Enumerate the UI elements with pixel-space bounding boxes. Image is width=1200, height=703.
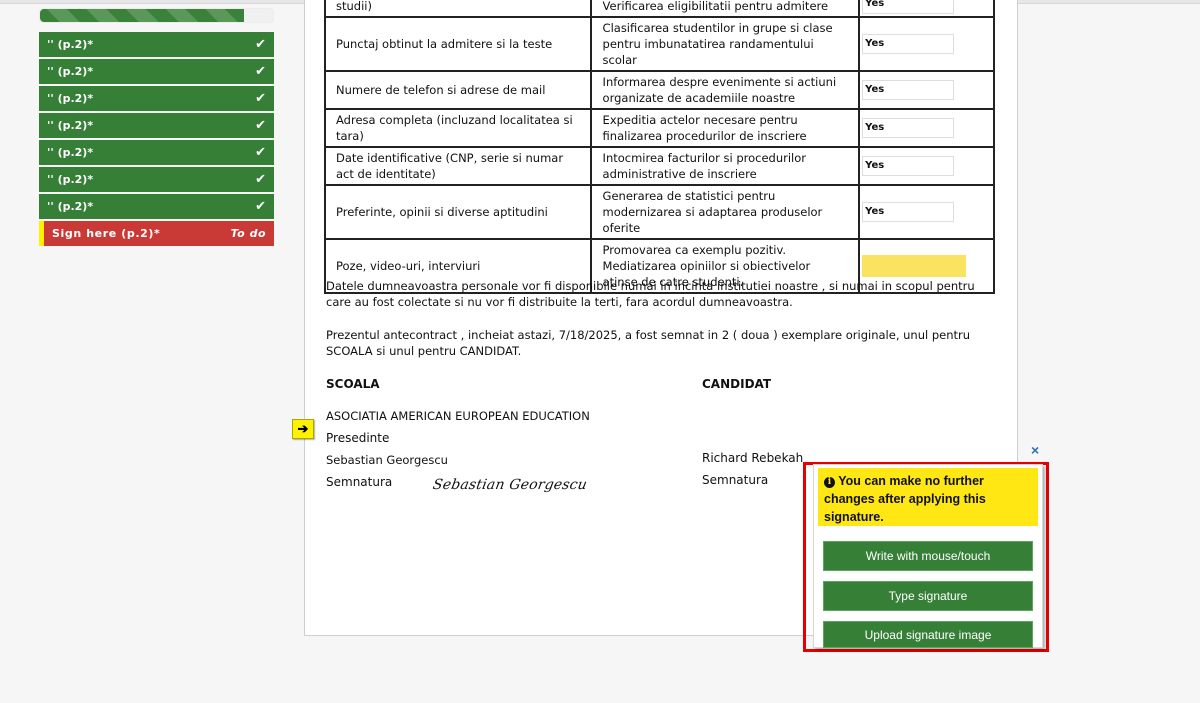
completion-progress-bar (39, 8, 274, 23)
info-icon: i (824, 477, 835, 488)
write-signature-button[interactable]: Write with mouse/touch (823, 541, 1033, 571)
data-category-cell: Date identificative (CNP, serie si numar… (325, 147, 591, 185)
sidebar-field-completed[interactable]: '' (p.2)*✔ (39, 140, 274, 165)
table-row: Adresa completa (incluzand localitatea s… (325, 109, 994, 147)
candidate-signature-label: Semnatura (702, 473, 768, 487)
school-organization: ASOCIATIA AMERICAN EUROPEAN EDUCATION (326, 409, 590, 423)
field-label: Sign here (p.2)* (52, 227, 160, 240)
sidebar-field-completed[interactable]: '' (p.2)*✔ (39, 32, 274, 57)
sidebar-field-sign-here[interactable]: Sign here (p.2)*To do (39, 221, 274, 246)
checkmark-icon: ✔ (255, 118, 266, 133)
school-signature-label: Semnatura (326, 475, 392, 489)
table-row: Numere de telefon si adrese de mailInfor… (325, 71, 994, 109)
signature-popup: i You can make no further changes after … (813, 464, 1043, 648)
data-availability-paragraph: Datele dumneavoastra personale vor fi di… (326, 278, 986, 310)
table-row: Punctaj obtinut la admitere si la testeC… (325, 17, 994, 71)
consent-field[interactable]: Yes (862, 0, 954, 14)
consent-field[interactable]: Yes (862, 34, 954, 54)
field-label: '' (p.2)* (47, 65, 93, 78)
sidebar-field-completed[interactable]: '' (p.2)*✔ (39, 167, 274, 192)
consent-table: educational (liceu, facultatea, anul de … (324, 0, 995, 294)
consent-cell: Yes (859, 17, 994, 71)
field-status-todo: To do (231, 227, 266, 240)
candidate-heading: CANDIDAT (702, 377, 771, 391)
purpose-cell: Generarea de statistici pentru moderniza… (591, 185, 860, 239)
contract-date-paragraph: Prezentul antecontract , incheiat astazi… (326, 327, 986, 359)
purpose-cell: Verificarea eligibilitatii pentru admite… (591, 0, 860, 17)
field-list: '' (p.2)*✔'' (p.2)*✔'' (p.2)*✔'' (p.2)*✔… (39, 32, 274, 248)
consent-field[interactable] (862, 255, 966, 277)
consent-field[interactable]: Yes (862, 202, 954, 222)
checkmark-icon: ✔ (255, 91, 266, 106)
field-label: '' (p.2)* (47, 146, 93, 159)
field-label: '' (p.2)* (47, 173, 93, 186)
field-label: '' (p.2)* (47, 119, 93, 132)
sidebar-field-completed[interactable]: '' (p.2)*✔ (39, 86, 274, 111)
sidebar-field-completed[interactable]: '' (p.2)*✔ (39, 59, 274, 84)
table-row: Date identificative (CNP, serie si numar… (325, 147, 994, 185)
checkmark-icon: ✔ (255, 37, 266, 52)
checkmark-icon: ✔ (255, 145, 266, 160)
consent-cell: Yes (859, 0, 994, 17)
school-heading: SCOALA (326, 377, 380, 391)
checkmark-icon: ✔ (255, 64, 266, 79)
progress-fill (40, 9, 244, 22)
data-category-cell: Numere de telefon si adrese de mail (325, 71, 591, 109)
signature-warning: i You can make no further changes after … (818, 468, 1038, 526)
candidate-name: Richard Rebekah (702, 451, 803, 465)
purpose-cell: Intocmirea facturilor si procedurilor ad… (591, 147, 860, 185)
purpose-cell: Informarea despre evenimente si actiuni … (591, 71, 860, 109)
consent-field[interactable]: Yes (862, 156, 954, 176)
consent-cell: Yes (859, 147, 994, 185)
current-field-arrow-icon[interactable]: ➔ (292, 419, 314, 439)
school-signature: Sebastian Georgescu (432, 477, 589, 493)
school-representative-name: Sebastian Georgescu (326, 453, 448, 467)
purpose-cell: Clasificarea studentilor in grupe si cla… (591, 17, 860, 71)
field-label: '' (p.2)* (47, 200, 93, 213)
table-row: Preferinte, opinii si diverse aptitudini… (325, 185, 994, 239)
consent-cell: Yes (859, 109, 994, 147)
school-role: Presedinte (326, 431, 389, 445)
field-label: '' (p.2)* (47, 92, 93, 105)
consent-field[interactable]: Yes (862, 80, 954, 100)
sidebar-field-completed[interactable]: '' (p.2)*✔ (39, 194, 274, 219)
data-category-cell: Punctaj obtinut la admitere si la teste (325, 17, 591, 71)
signature-warning-text: You can make no further changes after ap… (824, 474, 986, 524)
data-category-cell: educational (liceu, facultatea, anul de … (325, 0, 591, 17)
field-label: '' (p.2)* (47, 38, 93, 51)
checkmark-icon: ✔ (255, 172, 266, 187)
consent-field[interactable]: Yes (862, 118, 954, 138)
table-row: educational (liceu, facultatea, anul de … (325, 0, 994, 17)
consent-cell: Yes (859, 71, 994, 109)
consent-cell: Yes (859, 185, 994, 239)
data-category-cell: Preferinte, opinii si diverse aptitudini (325, 185, 591, 239)
purpose-cell: Expeditia actelor necesare pentru finali… (591, 109, 860, 147)
sidebar-field-completed[interactable]: '' (p.2)*✔ (39, 113, 274, 138)
type-signature-button[interactable]: Type signature (823, 581, 1033, 611)
checkmark-icon: ✔ (255, 199, 266, 214)
data-category-cell: Adresa completa (incluzand localitatea s… (325, 109, 591, 147)
upload-signature-button[interactable]: Upload signature image (823, 621, 1033, 648)
close-popup-icon[interactable]: × (1031, 442, 1039, 458)
